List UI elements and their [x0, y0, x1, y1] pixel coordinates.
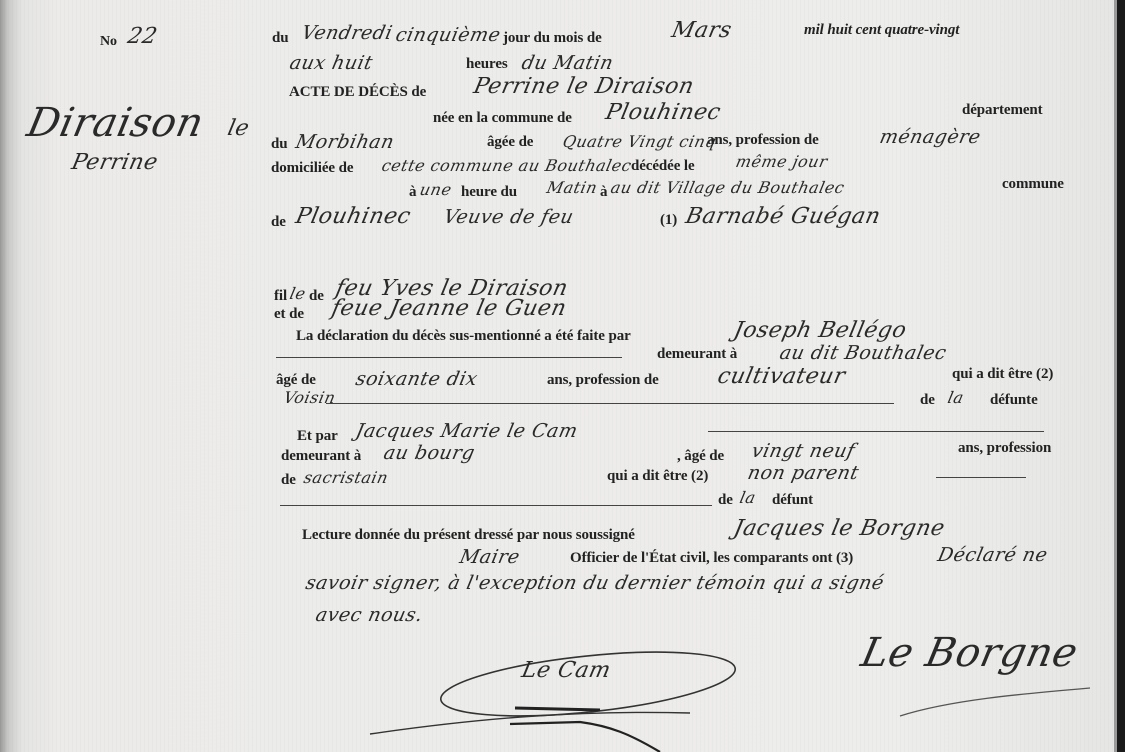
text-a2: à	[600, 184, 607, 201]
hw-declarant2-profession: sacristain	[302, 468, 390, 487]
hw-month: Mars	[669, 18, 734, 43]
text-qui-a-dit-etre: qui a dit être (2)	[952, 366, 1053, 383]
text-de2: de	[281, 472, 296, 489]
hw-closing-line1: savoir signer, à l'exception du dernier …	[304, 572, 886, 594]
hw-declarant1-relation: Voisin	[282, 388, 338, 407]
hw-closing-line2: avec nous.	[314, 604, 425, 626]
text-officier: Officier de l'État civil, les comparants…	[570, 550, 853, 567]
hw-declarant2-age: vingt neuf	[750, 440, 857, 462]
text-agee-de: âgée de	[487, 134, 533, 151]
record-number: 22	[125, 24, 159, 49]
text-demeurant-a: demeurant à	[657, 346, 737, 363]
hw-spouse: Barnabé Guégan	[683, 204, 883, 229]
margin-suffix: le	[225, 116, 251, 141]
text-ans-profession2: ans, profession	[958, 440, 1051, 457]
hw-declarant1-age: soixante dix	[354, 368, 480, 390]
text-de-defunt2: de	[718, 492, 733, 509]
signature-underline	[860, 680, 1100, 730]
text-defunt2: défunt	[772, 492, 813, 509]
text-fil: fil	[274, 288, 287, 305]
text-nee-commune: née en la commune de	[433, 110, 572, 127]
hw-age: Quatre Vingt cinq	[561, 132, 718, 151]
text-declaration: La déclaration du décès sus-mentionné a …	[296, 328, 631, 345]
signature-le-cam: Le Cam	[519, 658, 613, 683]
death-record-page: No 22 Diraison le Perrine du Vendredi ci…	[0, 0, 1125, 752]
text-lecture: Lecture donnée du présent dressé par nou…	[302, 527, 635, 544]
text-departement: département	[962, 102, 1043, 119]
margin-surname: Diraison	[23, 100, 208, 146]
hw-declarant1-of: la	[946, 388, 966, 407]
hw-period: du Matin	[520, 52, 616, 74]
text-year: mil huit cent quatre-vingt	[804, 22, 959, 39]
text-commune: commune	[1002, 176, 1064, 193]
margin-firstname: Perrine	[69, 150, 160, 175]
hw-hour: aux huit	[288, 52, 375, 74]
hw-declarant1-residence: au dit Bouthalec	[778, 342, 949, 364]
text-du-dept: du	[271, 136, 288, 153]
hw-declarant2: Jacques Marie le Cam	[354, 420, 580, 442]
text-demeurant-a2: demeurant à	[281, 448, 361, 465]
text-footnote-1: (1)	[660, 212, 677, 229]
hw-declarant2-relation: non parent	[746, 462, 861, 484]
hw-day-name: Vendredi	[300, 22, 395, 44]
rule-line	[936, 477, 1026, 478]
hw-birth-commune: Plouhinec	[603, 100, 723, 125]
text-decedee-le: décédée le	[631, 158, 695, 175]
text-jour-du-mois: jour du mois de	[503, 30, 602, 47]
text-acte-de-deces: ACTE DE DÉCÈS de	[289, 84, 426, 101]
hw-officer-title: Maire	[458, 546, 522, 568]
rule-line	[708, 431, 1044, 432]
text-du: du	[272, 30, 289, 47]
text-et-par: Et par	[297, 428, 338, 445]
hw-day-ordinal: cinquième	[394, 24, 503, 46]
text-heure-du: heure du	[461, 184, 517, 201]
hw-declared: Déclaré ne	[936, 544, 1050, 566]
text-de-parent: de	[309, 288, 324, 305]
text-de: de	[271, 214, 286, 231]
text-et-de: et de	[274, 306, 304, 323]
text-age-de: âgé de	[276, 372, 316, 389]
record-number-label: No	[100, 34, 117, 50]
scan-edge-dark	[1117, 0, 1125, 752]
hw-profession: ménagère	[878, 126, 983, 148]
hw-death-period: Matin	[545, 178, 599, 197]
hw-daughter-suffix: le	[288, 284, 308, 303]
signature-le-borgne: Le Borgne	[857, 630, 1082, 676]
hw-declarant1: Joseph Bellégo	[731, 318, 909, 343]
text-de-defunte: de	[920, 392, 935, 409]
text-ans-profession: ans, profession de	[707, 132, 819, 149]
signature-flourish	[360, 630, 920, 752]
rule-line	[276, 357, 622, 358]
hw-department: Morbihan	[294, 131, 397, 153]
text-ans-profession-m: ans, profession de	[547, 372, 659, 389]
hw-declarant2-of: la	[738, 488, 758, 507]
rule-line	[326, 403, 894, 404]
hw-mother: feue Jeanne le Guen	[329, 296, 568, 321]
hw-officer: Jacques le Borgne	[731, 516, 947, 541]
hw-deceased: Perrine le Diraison	[471, 74, 696, 99]
hw-declarant2-residence: au bourg	[382, 442, 477, 464]
text-defunte: défunte	[990, 392, 1038, 409]
hw-death-place: au dit Village du Bouthalec	[609, 178, 846, 197]
text-qui-a-dit-etre2: qui a dit être (2)	[607, 468, 708, 485]
text-domiciliee: domiciliée de	[271, 160, 353, 177]
hw-domicile: cette commune au Bouthalec	[380, 156, 633, 175]
text-heures: heures	[466, 56, 508, 73]
hw-widow-of: Veuve de feu	[442, 206, 576, 228]
rule-line	[280, 505, 712, 506]
text-age-de2: , âgé de	[677, 448, 724, 465]
hw-death-hour: une	[418, 180, 454, 199]
hw-death-date: même jour	[734, 152, 829, 171]
hw-death-commune: Plouhinec	[293, 204, 413, 229]
hw-declarant1-profession: cultivateur	[715, 364, 847, 389]
text-a: à	[409, 184, 416, 201]
